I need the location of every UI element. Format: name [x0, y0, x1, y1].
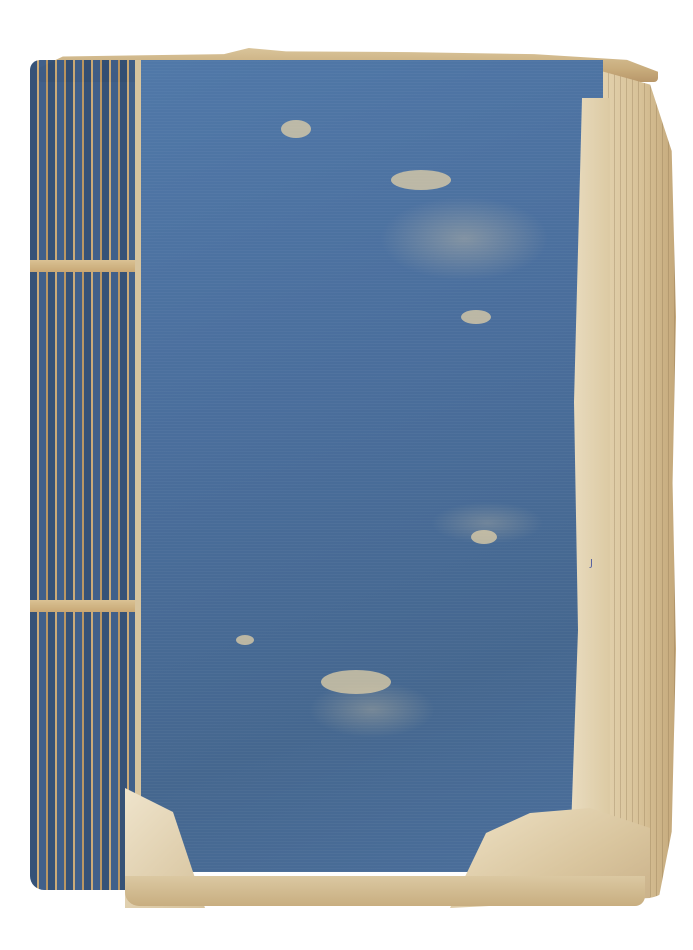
front-cover: [135, 60, 603, 872]
wear-spot: [471, 530, 497, 544]
bottom-page-edge: [125, 876, 645, 906]
wear-spot: [236, 635, 254, 645]
wear-spot: [391, 170, 451, 190]
ink-mark: J: [590, 558, 593, 569]
wear-spot: [461, 310, 491, 324]
wear-spot: [281, 120, 311, 138]
book: J: [30, 38, 678, 918]
wear-spot: [321, 670, 391, 694]
